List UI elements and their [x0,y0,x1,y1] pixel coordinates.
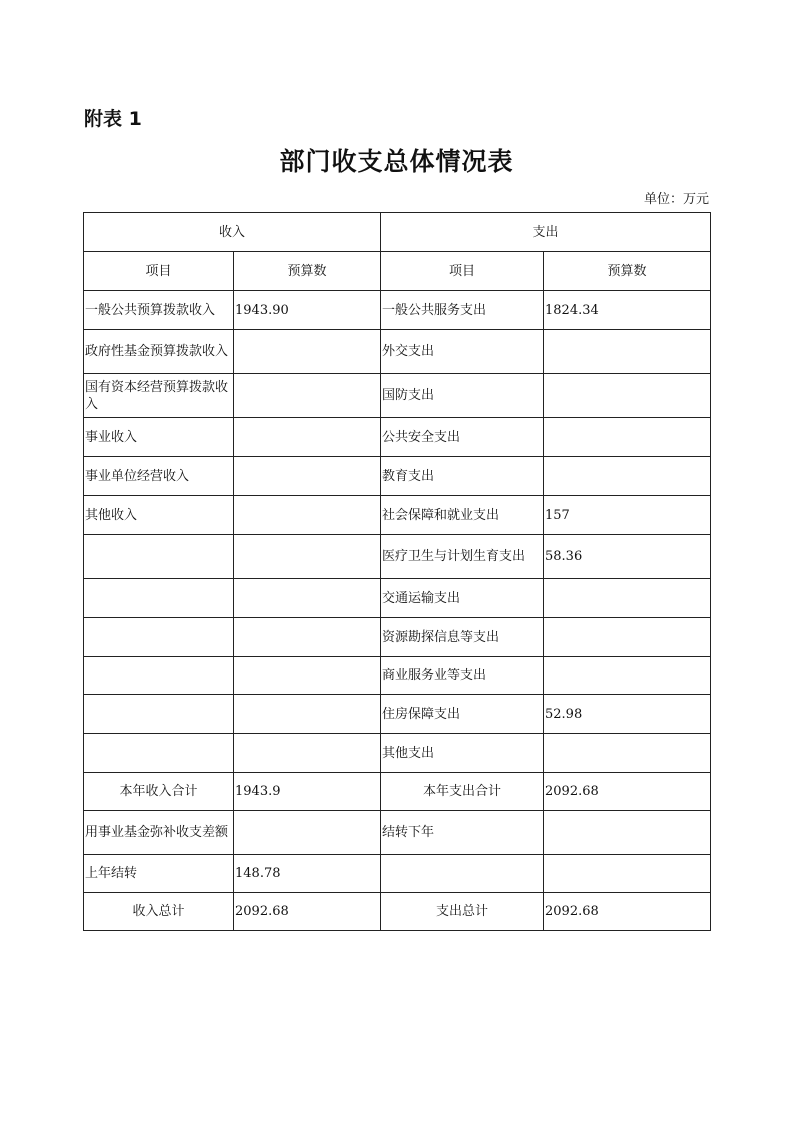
expense-budget-header: 预算数 [544,252,711,291]
expense-item: 国防支出 [381,374,544,418]
adjust-row: 用事业基金弥补收支差额 结转下年 [84,811,711,855]
total-row: 收入总计 2092.68 支出总计 2092.68 [84,893,711,931]
income-header: 收入 [84,213,381,252]
income-item [84,579,234,618]
expense-adjust-label: 结转下年 [381,811,544,855]
income-adjust-value [234,811,381,855]
expense-item: 一般公共服务支出 [381,291,544,330]
expense-item: 交通运输支出 [381,579,544,618]
expense-item: 社会保障和就业支出 [381,496,544,535]
income-item: 其他收入 [84,496,234,535]
income-budget-header: 预算数 [234,252,381,291]
income-value [234,734,381,773]
expense-item-header: 项目 [381,252,544,291]
expense-item: 外交支出 [381,330,544,374]
column-header-row: 项目 预算数 项目 预算数 [84,252,711,291]
table-row: 一般公共预算拨款收入 1943.90 一般公共服务支出 1824.34 [84,291,711,330]
expense-subtotal-value: 2092.68 [544,773,711,811]
appendix-label: 附表 1 [84,104,142,131]
carryover-row: 上年结转 148.78 [84,855,711,893]
income-carryover-value: 148.78 [234,855,381,893]
income-subtotal-label: 本年收入合计 [84,773,234,811]
income-total-label: 收入总计 [84,893,234,931]
expense-value [544,657,711,695]
table-row: 政府性基金预算拨款收入 外交支出 [84,330,711,374]
expense-adjust-value [544,811,711,855]
expense-header: 支出 [381,213,711,252]
expense-item: 医疗卫生与计划生育支出 [381,535,544,579]
table-row: 其他支出 [84,734,711,773]
income-value [234,535,381,579]
expense-value [544,330,711,374]
income-value: 1943.90 [234,291,381,330]
expense-value [544,579,711,618]
expense-item: 其他支出 [381,734,544,773]
unit-label: 单位：万元 [644,188,709,207]
expense-value [544,418,711,457]
income-value [234,457,381,496]
income-item [84,695,234,734]
expense-item: 商业服务业等支出 [381,657,544,695]
income-item [84,535,234,579]
table-row: 商业服务业等支出 [84,657,711,695]
page-title: 部门收支总体情况表 [0,142,793,178]
table-row: 事业收入 公共安全支出 [84,418,711,457]
income-value [234,418,381,457]
table-row: 其他收入 社会保障和就业支出 157 [84,496,711,535]
section-header-row: 收入 支出 [84,213,711,252]
expense-value: 52.98 [544,695,711,734]
expense-carryover-label [381,855,544,893]
income-item-header: 项目 [84,252,234,291]
income-value [234,618,381,657]
subtotal-row: 本年收入合计 1943.9 本年支出合计 2092.68 [84,773,711,811]
income-value [234,579,381,618]
income-item [84,734,234,773]
income-item: 事业单位经营收入 [84,457,234,496]
table-row: 国有资本经营预算拨款收入 国防支出 [84,374,711,418]
expense-total-label: 支出总计 [381,893,544,931]
income-item: 事业收入 [84,418,234,457]
income-total-value: 2092.68 [234,893,381,931]
expense-value: 1824.34 [544,291,711,330]
table-row: 交通运输支出 [84,579,711,618]
expense-item: 住房保障支出 [381,695,544,734]
income-item [84,618,234,657]
income-carryover-label: 上年结转 [84,855,234,893]
expense-subtotal-label: 本年支出合计 [381,773,544,811]
income-item: 一般公共预算拨款收入 [84,291,234,330]
expense-value [544,734,711,773]
income-item: 政府性基金预算拨款收入 [84,330,234,374]
expense-value [544,457,711,496]
income-value [234,496,381,535]
income-item [84,657,234,695]
expense-value [544,374,711,418]
income-item: 国有资本经营预算拨款收入 [84,374,234,418]
table-row: 事业单位经营收入 教育支出 [84,457,711,496]
income-subtotal-value: 1943.9 [234,773,381,811]
expense-value: 58.36 [544,535,711,579]
income-value [234,657,381,695]
expense-item: 公共安全支出 [381,418,544,457]
expense-item: 资源勘探信息等支出 [381,618,544,657]
table-row: 医疗卫生与计划生育支出 58.36 [84,535,711,579]
income-value [234,695,381,734]
expense-total-value: 2092.68 [544,893,711,931]
income-adjust-label: 用事业基金弥补收支差额 [84,811,234,855]
income-value [234,330,381,374]
expense-item: 教育支出 [381,457,544,496]
budget-table: 收入 支出 项目 预算数 项目 预算数 一般公共预算拨款收入 1943.90 一… [83,212,711,931]
table-row: 住房保障支出 52.98 [84,695,711,734]
expense-carryover-value [544,855,711,893]
expense-value: 157 [544,496,711,535]
table-row: 资源勘探信息等支出 [84,618,711,657]
expense-value [544,618,711,657]
income-value [234,374,381,418]
